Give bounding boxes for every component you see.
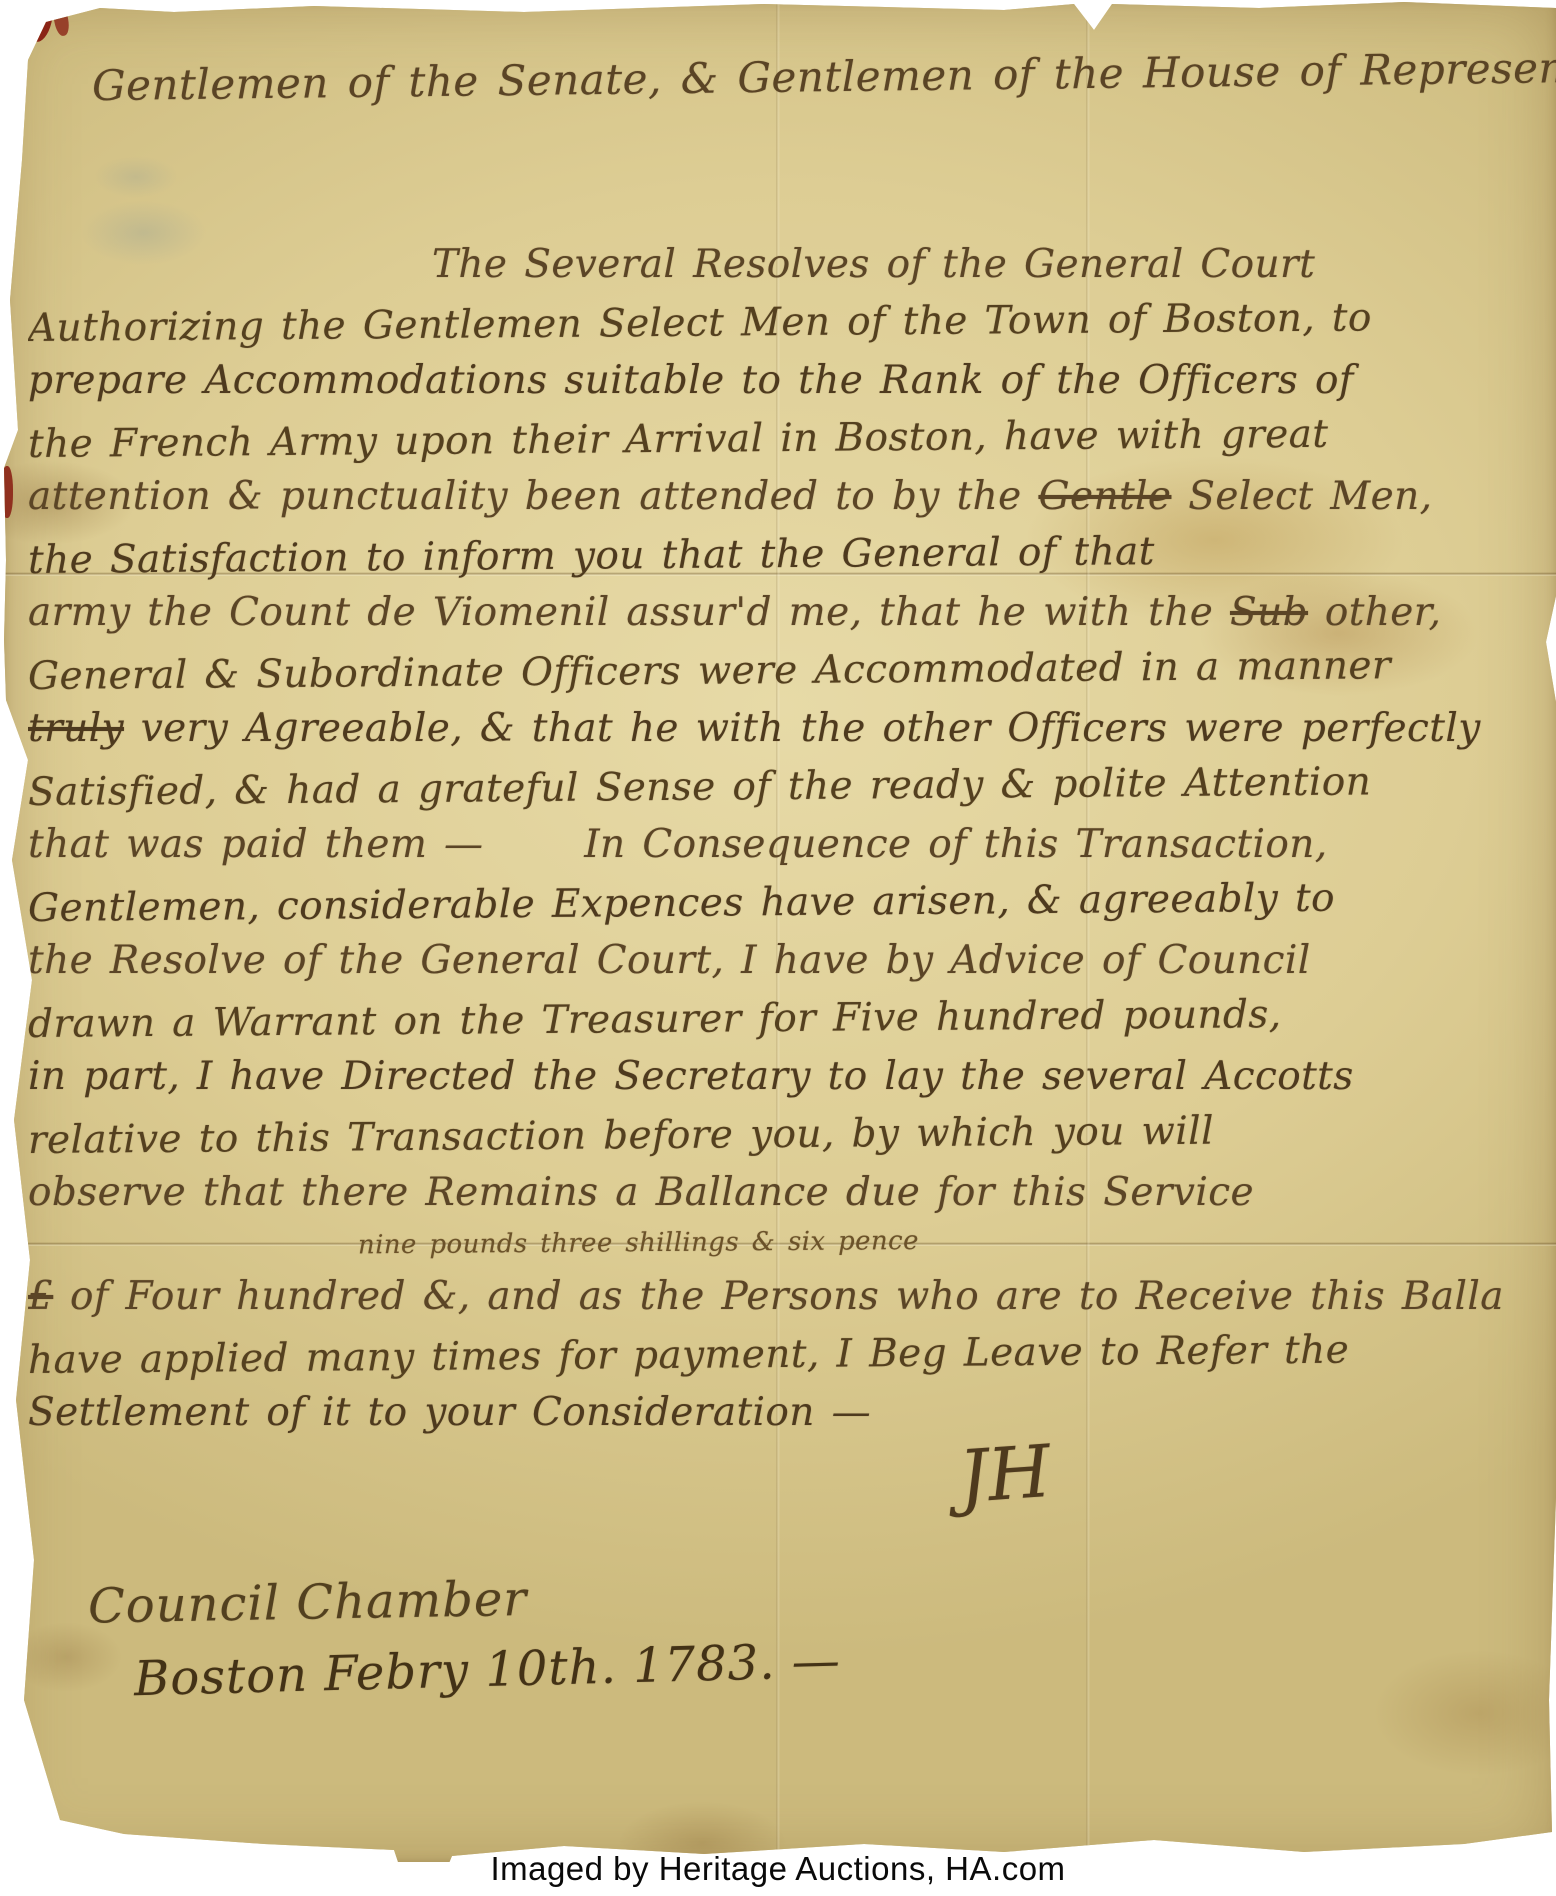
line-text: prepare Accommodations suitable to the R…	[28, 358, 1354, 403]
line-text: drawn a Warrant on the Treasurer for Fiv…	[28, 992, 1282, 1047]
line-text: have applied many times for payment, I B…	[28, 1328, 1349, 1383]
letter-line: drawn a Warrant on the Treasurer for Fiv…	[28, 984, 1550, 1054]
struck-text: £	[28, 1274, 53, 1319]
photo-scan: Gentlemen of the Senate, & Gentlemen of …	[0, 0, 1556, 1896]
line-text: Gentlemen, considerable Expences have ar…	[28, 876, 1335, 931]
letter-line: that was paid them — In Consequence of t…	[28, 816, 1550, 874]
photo-credit: Imaged by Heritage Auctions, HA.com	[0, 1850, 1556, 1888]
line-text: of Four hundred &, and as the Persons wh…	[53, 1274, 1504, 1319]
letter-line: the French Army upon their Arrival in Bo…	[28, 404, 1550, 474]
letter-line: truly very Agreeable, & that he with the…	[28, 700, 1550, 758]
letter-line: The Several Resolves of the General Cour…	[28, 236, 1550, 294]
signature-initials: JH	[956, 1429, 1053, 1519]
struck-text: Sub	[1230, 590, 1308, 635]
letter-line: Gentlemen, considerable Expences have ar…	[28, 868, 1550, 938]
line-text: the Resolve of the General Court, I have…	[28, 938, 1311, 983]
letter-line: observe that there Remains a Ballance du…	[28, 1164, 1550, 1222]
dateline: Council Chamber Boston Febry 10th. 1783.…	[88, 1572, 841, 1698]
line-text: observe that there Remains a Ballance du…	[28, 1170, 1254, 1215]
line-text: General & Subordinate Officers were Acco…	[28, 643, 1391, 699]
letter-body: The Several Resolves of the General Cour…	[28, 236, 1550, 1442]
red-edge-mark	[25, 0, 57, 44]
manuscript-paper: Gentlemen of the Senate, & Gentlemen of …	[4, 0, 1556, 1862]
red-edge-mark	[51, 1, 71, 37]
line-text: relative to this Transaction before you,…	[28, 1109, 1214, 1163]
struck-text: truly	[28, 706, 124, 751]
letter-line: Authorizing the Gentlemen Select Men of …	[28, 288, 1550, 358]
date-line: Boston Febry 10th. 1783. —	[133, 1633, 841, 1707]
line-text: very Agreeable, & that he with the other…	[124, 706, 1481, 751]
line-text: Satisfied, & had a grateful Sense of the…	[28, 759, 1371, 815]
letter-line: Satisfied, & had a grateful Sense of the…	[28, 752, 1550, 822]
line-text: in part, I have Directed the Secretary t…	[28, 1054, 1354, 1099]
place-line: Council Chamber	[88, 1565, 842, 1634]
struck-text: Gentle	[1038, 474, 1171, 519]
line-text: Select Men,	[1171, 474, 1432, 519]
line-text: other,	[1308, 590, 1441, 635]
line-text: the Satisfaction to inform you that the …	[28, 529, 1155, 583]
line-text: nine pounds three shillings & six pence	[358, 1226, 919, 1260]
letter-line: prepare Accommodations suitable to the R…	[28, 352, 1550, 410]
interline-insert: nine pounds three shillings & six pence	[28, 1216, 1550, 1274]
letter-line: army the Count de Viomenil assur'd me, t…	[28, 584, 1550, 642]
line-text: army the Count de Viomenil assur'd me, t…	[28, 590, 1230, 635]
letter-line: the Resolve of the General Court, I have…	[28, 932, 1550, 990]
letter-line: attention & punctuality been attended to…	[28, 468, 1550, 526]
line-text: The Several Resolves of the General Cour…	[432, 242, 1315, 287]
letter-line: relative to this Transaction before you,…	[28, 1100, 1550, 1170]
line-text: Settlement of it to your Consideration —	[28, 1390, 871, 1435]
letter-line: the Satisfaction to inform you that the …	[28, 520, 1550, 590]
line-text: Authorizing the Gentlemen Select Men of …	[28, 295, 1372, 351]
letter-line: Settlement of it to your Consideration —	[28, 1384, 1550, 1442]
letter-line: General & Subordinate Officers were Acco…	[28, 636, 1550, 706]
salutation: Gentlemen of the Senate, & Gentlemen of …	[92, 43, 1556, 110]
red-edge-mark	[4, 466, 13, 518]
letter-line: £ of Four hundred &, and as the Persons …	[28, 1268, 1550, 1326]
letter-line: in part, I have Directed the Secretary t…	[28, 1048, 1550, 1106]
letter-line: have applied many times for payment, I B…	[28, 1320, 1550, 1390]
line-text: attention & punctuality been attended to…	[28, 474, 1038, 519]
line-text: the French Army upon their Arrival in Bo…	[28, 412, 1329, 467]
line-text: that was paid them — In Consequence of t…	[28, 822, 1328, 867]
